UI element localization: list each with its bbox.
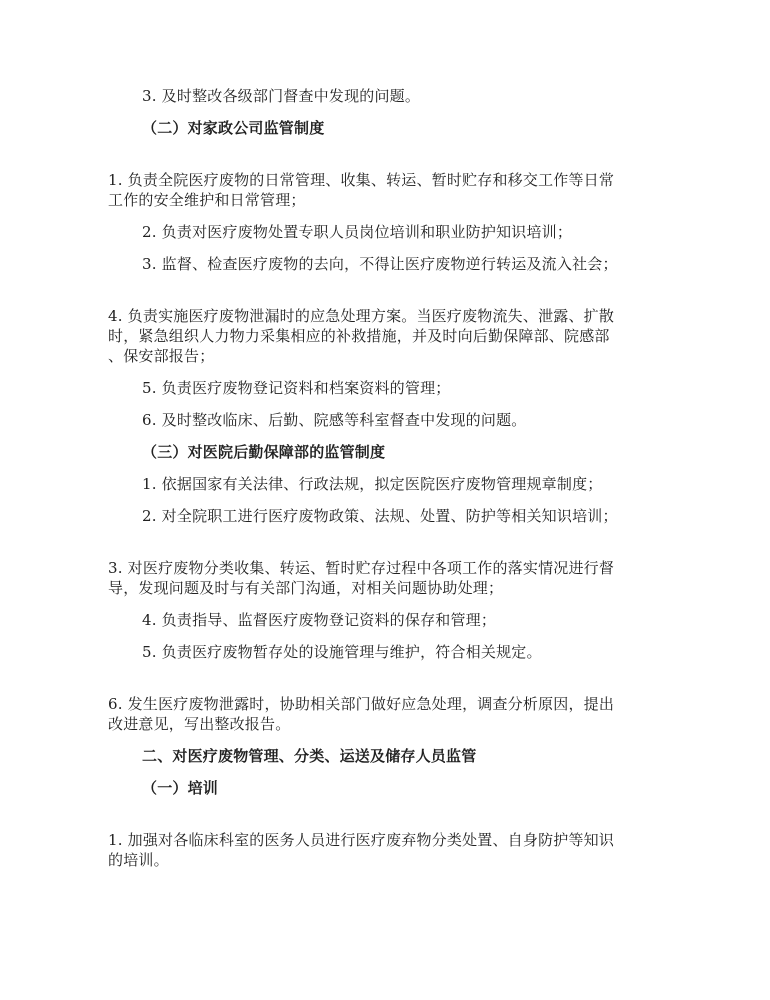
doc-item: 3. 及时整改各级部门督查中发现的问题。 — [108, 86, 624, 106]
doc-section-heading: （三）对医院后勤保障部的监管制度 — [108, 442, 624, 462]
doc-section-heading: （二）对家政公司监管制度 — [108, 118, 624, 138]
doc-paragraph: 3. 对医疗废物分类收集、转运、暂时贮存过程中各项工作的落实情况进行督导，发现问… — [108, 558, 624, 598]
doc-item: 1. 依据国家有关法律、行政法规，拟定医院医疗废物管理规章制度； — [108, 474, 624, 494]
doc-chapter-heading: 二、对医疗废物管理、分类、运送及储存人员监管 — [108, 746, 624, 766]
doc-paragraph: 4. 负责实施医疗废物泄漏时的应急处理方案。当医疗废物流失、泄露、扩散时，紧急组… — [108, 306, 624, 366]
doc-item: 2. 负责对医疗废物处置专职人员岗位培训和职业防护知识培训； — [108, 222, 624, 242]
doc-item: 5. 负责医疗废物登记资料和档案资料的管理； — [108, 378, 624, 398]
doc-paragraph: 1. 加强对各临床科室的医务人员进行医疗废弃物分类处置、自身防护等知识的培训。 — [108, 830, 624, 870]
doc-paragraph: 6. 发生医疗废物泄露时，协助相关部门做好应急处理，调查分析原因，提出改进意见，… — [108, 694, 624, 734]
doc-item: 5. 负责医疗废物暂存处的设施管理与维护，符合相关规定。 — [108, 642, 624, 662]
doc-item: 3. 监督、检查医疗废物的去向，不得让医疗废物逆行转运及流入社会； — [108, 254, 624, 274]
document-page: 3. 及时整改各级部门督查中发现的问题。 （二）对家政公司监管制度 1. 负责全… — [0, 0, 624, 870]
doc-item: 6. 及时整改临床、后勤、院感等科室督查中发现的问题。 — [108, 410, 624, 430]
doc-item: 4. 负责指导、监督医疗废物登记资料的保存和管理； — [108, 610, 624, 630]
doc-paragraph: 1. 负责全院医疗废物的日常管理、收集、转运、暂时贮存和移交工作等日常工作的安全… — [108, 170, 624, 210]
doc-item: 2. 对全院职工进行医疗废物政策、法规、处置、防护等相关知识培训； — [108, 506, 624, 526]
doc-section-heading: （一）培训 — [108, 778, 624, 798]
